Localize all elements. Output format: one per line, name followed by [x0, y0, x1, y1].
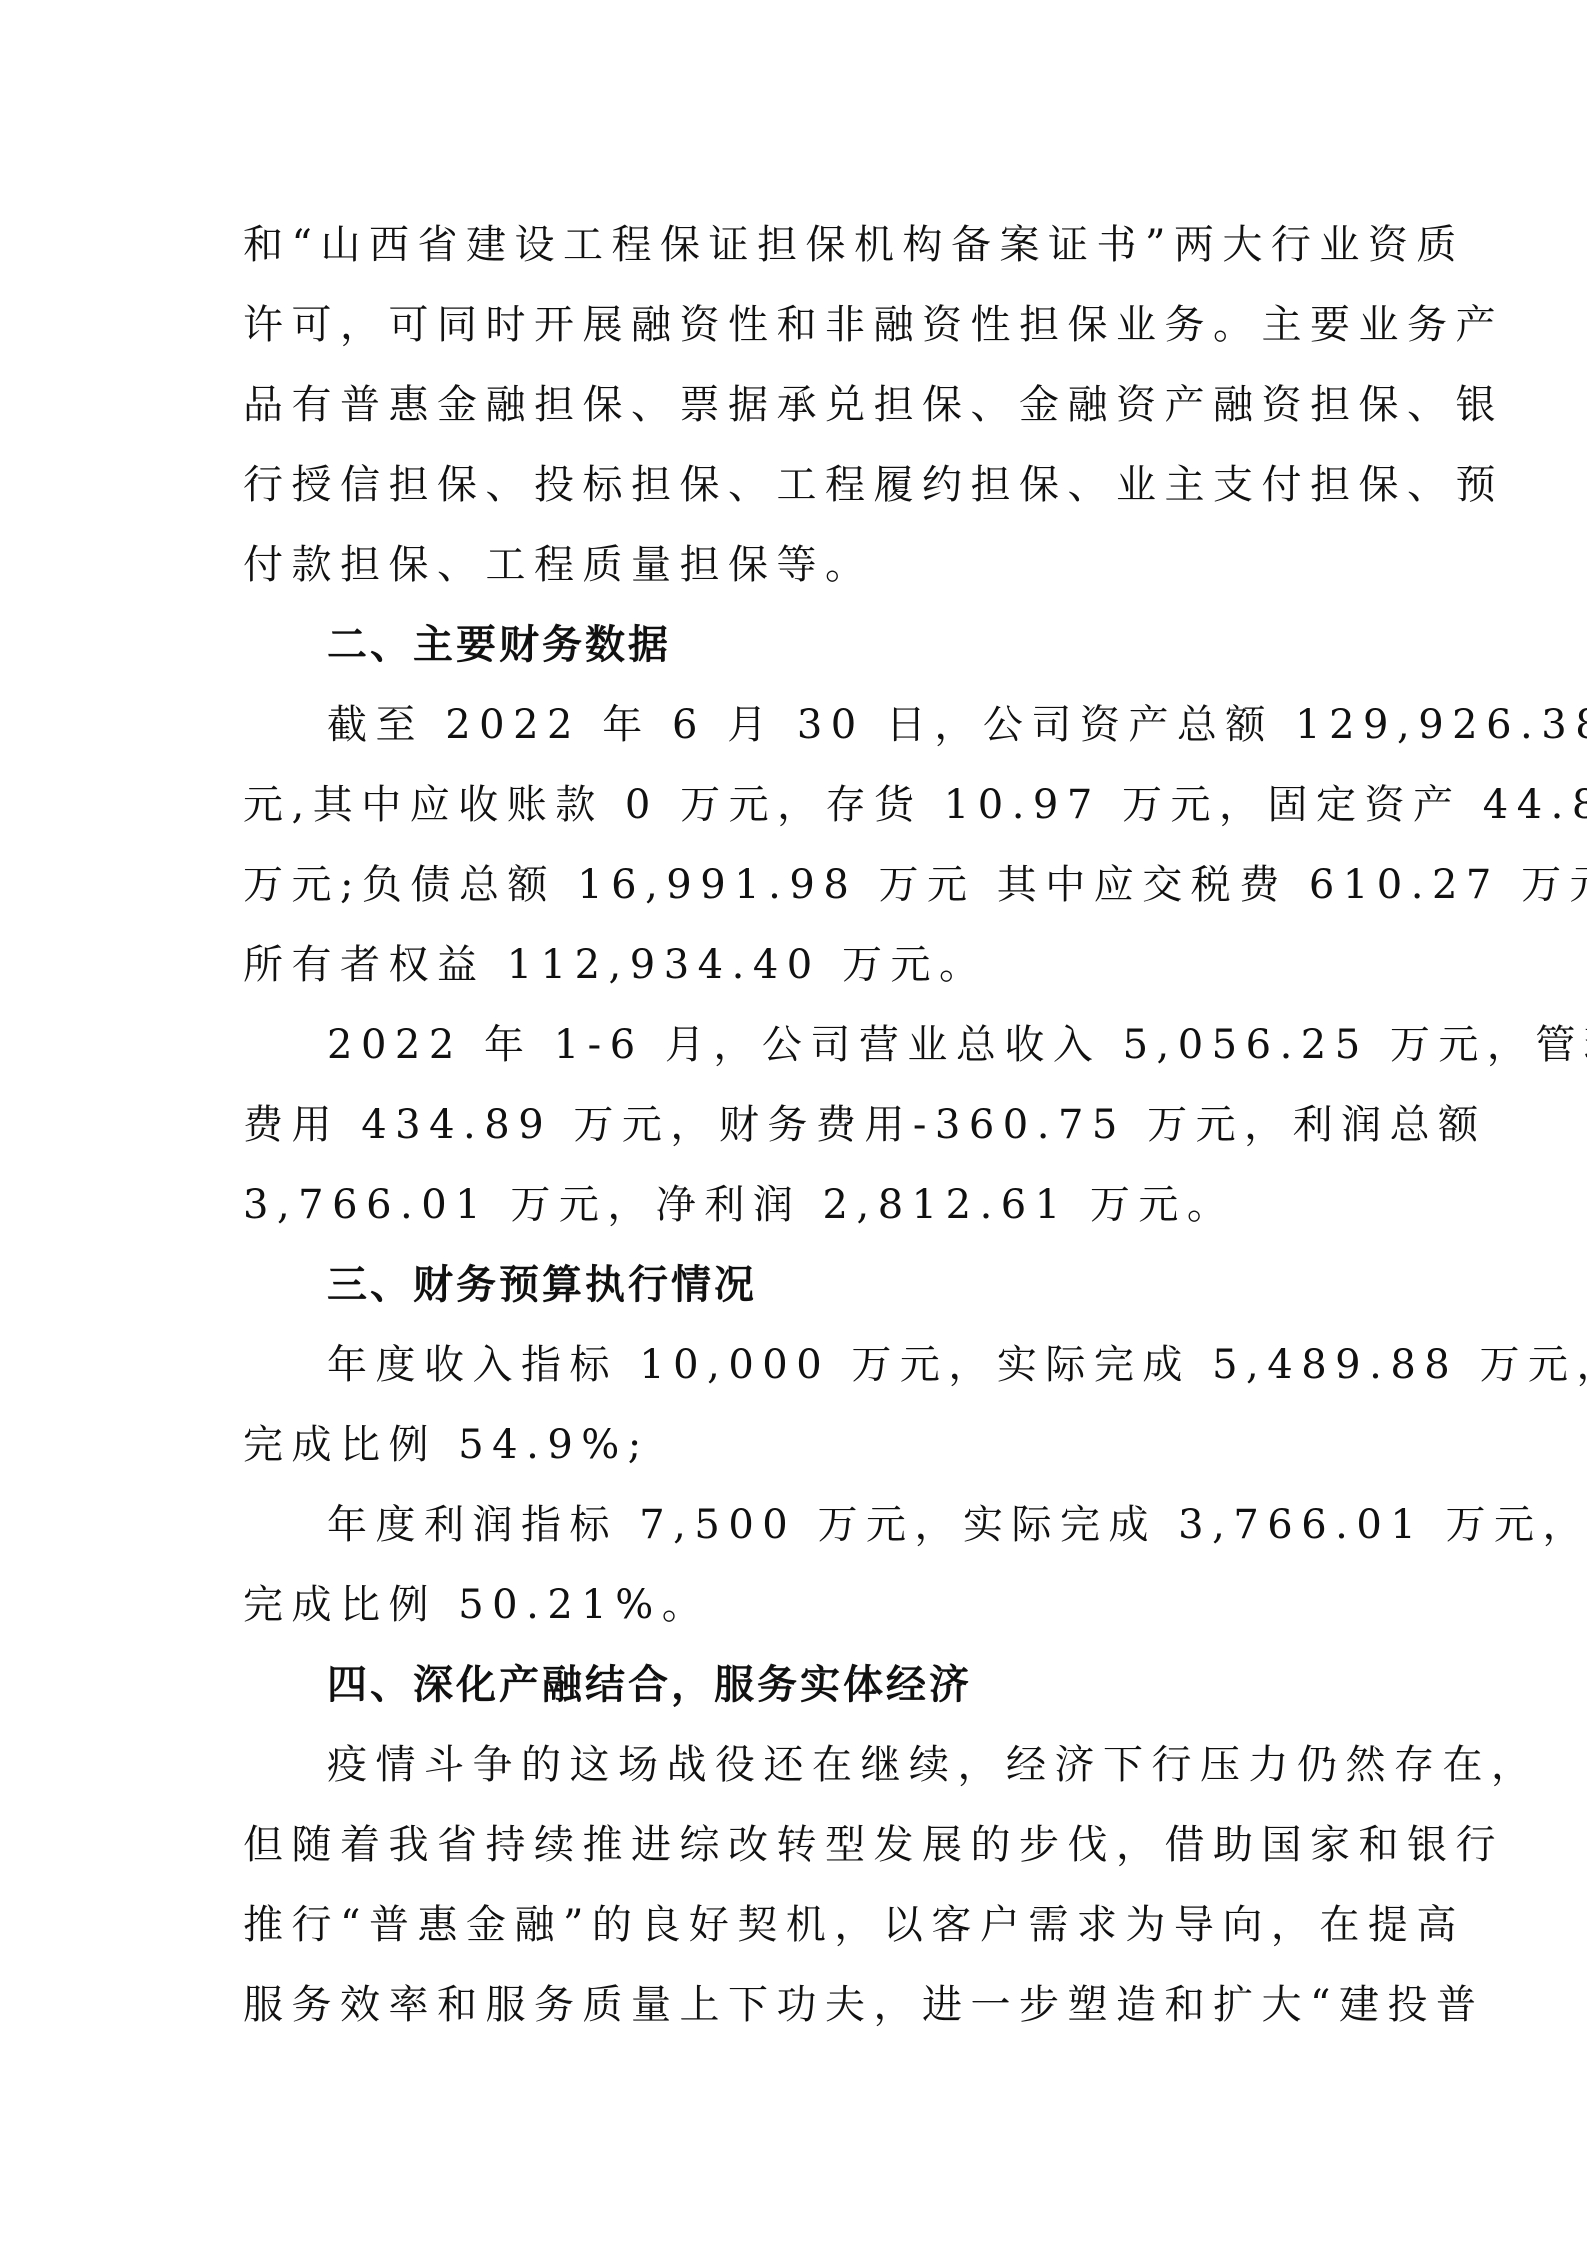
text-line: 和“山西省建设工程保证担保机构备案证书”两大行业资质 [243, 205, 1343, 285]
text-line: 服务效率和服务质量上下功夫，进一步塑造和扩大“建投普 [243, 1965, 1343, 2045]
text-line: 付款担保、工程质量担保等。 [243, 525, 1343, 605]
industry-finance-paragraph: 疫情斗争的这场战役还在继续，经济下行压力仍然存在， 但随着我省持续推进综改转型发… [243, 1725, 1343, 2045]
text-line: 费用 434.89 万元，财务费用-360.75 万元，利润总额 [243, 1085, 1343, 1165]
section-heading: 三、财务预算执行情况 [243, 1245, 1343, 1325]
text-line: 完成比例 50.21%。 [243, 1565, 1343, 1645]
text-line: 许可，可同时开展融资性和非融资性担保业务。主要业务产 [243, 285, 1343, 365]
text-line: 品有普惠金融担保、票据承兑担保、金融资产融资担保、银 [243, 365, 1343, 445]
text-line: 但随着我省持续推进综改转型发展的步伐，借助国家和银行 [243, 1805, 1343, 1885]
revenue-target-paragraph: 年度收入指标 10,000 万元，实际完成 5,489.88 万元， 完成比例 … [243, 1325, 1343, 1485]
document-page: 和“山西省建设工程保证担保机构备案证书”两大行业资质 许可，可同时开展融资性和非… [243, 205, 1343, 2045]
text-line: 年度利润指标 7,500 万元，实际完成 3,766.01 万元， [243, 1485, 1343, 1565]
text-line: 元,其中应收账款 0 万元，存货 10.97 万元，固定资产 44.81 [243, 765, 1343, 845]
profit-target-paragraph: 年度利润指标 7,500 万元，实际完成 3,766.01 万元， 完成比例 5… [243, 1485, 1343, 1645]
text-line: 推行“普惠金融”的良好契机，以客户需求为导向，在提高 [243, 1885, 1343, 1965]
text-line: 行授信担保、投标担保、工程履约担保、业主支付担保、预 [243, 445, 1343, 525]
section-heading: 四、深化产融结合，服务实体经济 [243, 1645, 1343, 1725]
financial-data-paragraph: 截至 2022 年 6 月 30 日，公司资产总额 129,926.38 万 元… [243, 685, 1343, 1005]
text-line: 所有者权益 112,934.40 万元。 [243, 925, 1343, 1005]
income-paragraph: 2022 年 1-6 月，公司营业总收入 5,056.25 万元，管理 费用 4… [243, 1005, 1343, 1245]
text-line: 年度收入指标 10,000 万元，实际完成 5,489.88 万元， [243, 1325, 1343, 1405]
text-line: 完成比例 54.9%; [243, 1405, 1343, 1485]
text-line: 2022 年 1-6 月，公司营业总收入 5,056.25 万元，管理 [243, 1005, 1343, 1085]
text-line: 万元;负债总额 16,991.98 万元 其中应交税费 610.27 万元; [243, 845, 1343, 925]
section-heading: 二、主要财务数据 [243, 605, 1343, 685]
intro-paragraph: 和“山西省建设工程保证担保机构备案证书”两大行业资质 许可，可同时开展融资性和非… [243, 205, 1343, 605]
text-line: 截至 2022 年 6 月 30 日，公司资产总额 129,926.38 万 [243, 685, 1343, 765]
text-line: 3,766.01 万元，净利润 2,812.61 万元。 [243, 1165, 1343, 1245]
text-line: 疫情斗争的这场战役还在继续，经济下行压力仍然存在， [243, 1725, 1343, 1805]
